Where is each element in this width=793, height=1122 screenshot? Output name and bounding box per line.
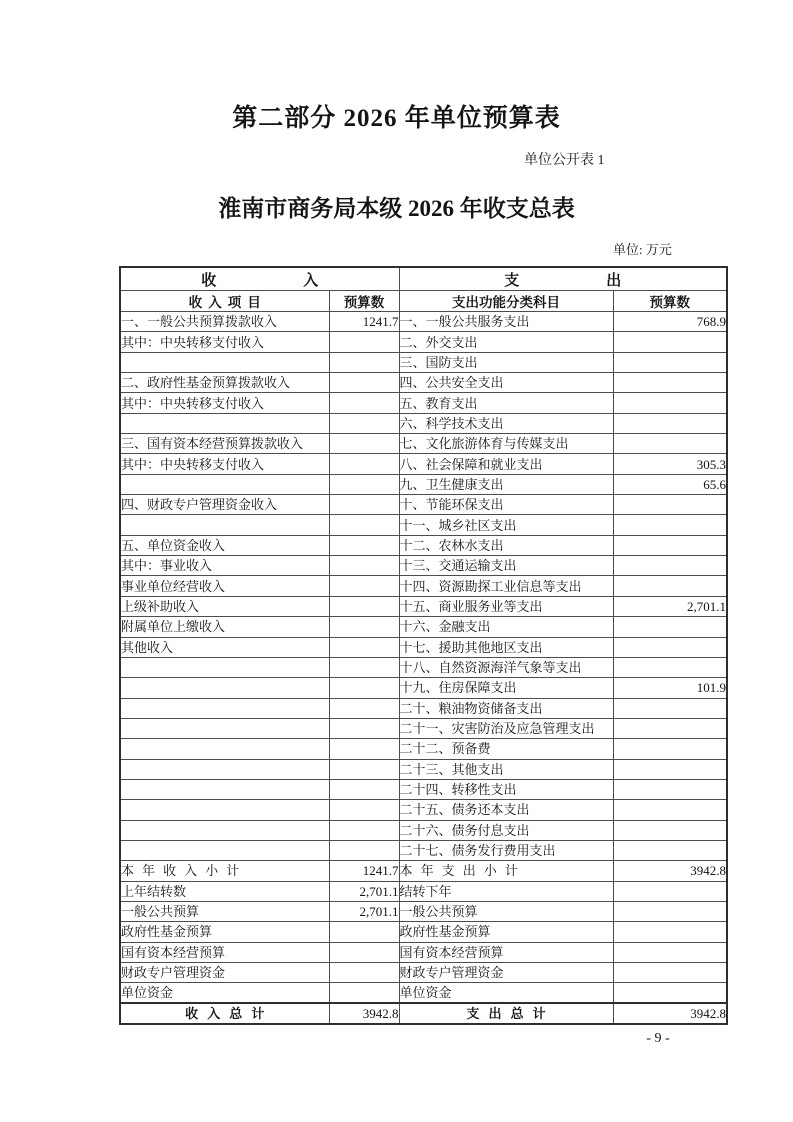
table-row: 十一、城乡社区支出: [120, 515, 727, 535]
income-item-cell: [120, 678, 329, 698]
table-row: 六、科学技术支出: [120, 413, 727, 433]
income-budget-cell: [329, 535, 399, 555]
income-item-cell: [120, 759, 329, 779]
income-budget-column-label: 预算数: [344, 295, 385, 310]
table-row: 三、国防支出: [120, 352, 727, 372]
expense-item-column-header: 支出功能分类科目: [399, 291, 613, 312]
expense-item-cell: 十四、资源勘探工业信息等支出: [399, 576, 613, 596]
income-budget-cell: [329, 840, 399, 860]
expense-budget-cell: 768.9: [613, 312, 727, 332]
expense-item-cell: 二、外交支出: [399, 332, 613, 352]
expense-item-cell: 支出总计: [399, 1003, 613, 1024]
income-budget-cell: [329, 739, 399, 759]
income-item-cell: 其他收入: [120, 637, 329, 657]
table-row: 二十二、预备费: [120, 739, 727, 759]
table-row: 其中：中央转移支付收入五、教育支出: [120, 393, 727, 413]
table-row: 九、卫生健康支出65.6: [120, 474, 727, 494]
income-item-cell: [120, 352, 329, 372]
income-budget-cell: [329, 657, 399, 677]
income-budget-cell: 1241.7: [329, 861, 399, 881]
table-row: 二十五、债务还本支出: [120, 800, 727, 820]
income-item-cell: 其中：中央转移支付收入: [120, 332, 329, 352]
income-item-cell: [120, 779, 329, 799]
expense-budget-cell: [613, 637, 727, 657]
expense-item-cell: 十三、交通运输支出: [399, 556, 613, 576]
income-budget-cell: [329, 718, 399, 738]
table-row: 其中：中央转移支付收入八、社会保障和就业支出305.3: [120, 454, 727, 474]
expense-budget-cell: [613, 779, 727, 799]
income-item-cell: [120, 657, 329, 677]
expense-item-cell: 二十二、预备费: [399, 739, 613, 759]
table-row: 二十四、转移性支出: [120, 779, 727, 799]
expense-budget-cell: [613, 373, 727, 393]
expense-item-cell: 十、节能环保支出: [399, 495, 613, 515]
expense-item-cell: 二十、粮油物资储备支出: [399, 698, 613, 718]
expense-budget-cell: 101.9: [613, 678, 727, 698]
expense-item-cell: 十六、金融支出: [399, 617, 613, 637]
expense-item-cell: 十八、自然资源海洋气象等支出: [399, 657, 613, 677]
column-header-row: 收入项目 预算数 支出功能分类科目 预算数: [120, 291, 727, 312]
expense-item-cell: 六、科学技术支出: [399, 413, 613, 433]
expense-item-cell: 十九、住房保障支出: [399, 678, 613, 698]
income-item-cell: [120, 840, 329, 860]
table-row: 附属单位上缴收入十六、金融支出: [120, 617, 727, 637]
expense-item-cell: 单位资金: [399, 983, 613, 1004]
income-budget-cell: 2,701.1: [329, 881, 399, 901]
income-budget-cell: [329, 515, 399, 535]
table-row: 一、一般公共预算拨款收入1241.7一、一般公共服务支出768.9: [120, 312, 727, 332]
expense-item-cell: 二十七、债务发行费用支出: [399, 840, 613, 860]
income-budget-cell: [329, 413, 399, 433]
expense-budget-cell: [613, 881, 727, 901]
expense-item-cell: 本年支出小计: [399, 861, 613, 881]
expense-budget-cell: [613, 657, 727, 677]
table-row: 十八、自然资源海洋气象等支出: [120, 657, 727, 677]
expense-budget-cell: [613, 759, 727, 779]
income-budget-column-header: 预算数: [329, 291, 399, 312]
expense-item-cell: 财政专户管理资金: [399, 963, 613, 983]
expense-budget-cell: [613, 515, 727, 535]
expense-budget-cell: [613, 922, 727, 942]
income-budget-cell: [329, 434, 399, 454]
income-item-cell: 一般公共预算: [120, 901, 329, 921]
income-budget-cell: [329, 576, 399, 596]
table-row: 单位资金单位资金: [120, 983, 727, 1004]
expense-item-cell: 九、卫生健康支出: [399, 474, 613, 494]
income-item-cell: 事业单位经营收入: [120, 576, 329, 596]
income-section-header: 收入: [120, 267, 399, 291]
income-budget-cell: [329, 963, 399, 983]
table-row: 政府性基金预算政府性基金预算: [120, 922, 727, 942]
expense-item-cell: 二十一、灾害防治及应急管理支出: [399, 718, 613, 738]
table-title: 淮南市商务局本级 2026 年收支总表: [0, 190, 793, 223]
expense-item-cell: 国有资本经营预算: [399, 942, 613, 962]
income-budget-cell: [329, 759, 399, 779]
table-row: 其中：事业收入十三、交通运输支出: [120, 556, 727, 576]
expense-budget-cell: [613, 495, 727, 515]
expense-budget-cell: [613, 352, 727, 372]
part-title: 第二部分 2026 年单位预算表: [0, 98, 793, 134]
expense-item-cell: 政府性基金预算: [399, 922, 613, 942]
page-number: - 9 -: [598, 1031, 718, 1047]
income-item-cell: 四、财政专户管理资金收入: [120, 495, 329, 515]
expense-item-cell: 二十六、债务付息支出: [399, 820, 613, 840]
income-item-cell: 其中：中央转移支付收入: [120, 454, 329, 474]
income-item-cell: 三、国有资本经营预算拨款收入: [120, 434, 329, 454]
income-item-cell: 附属单位上缴收入: [120, 617, 329, 637]
income-item-cell: [120, 718, 329, 738]
income-item-cell: [120, 474, 329, 494]
income-item-cell: 单位资金: [120, 983, 329, 1004]
income-budget-cell: [329, 454, 399, 474]
income-item-cell: 国有资本经营预算: [120, 942, 329, 962]
expense-budget-cell: [613, 556, 727, 576]
income-budget-cell: [329, 637, 399, 657]
document-page: 第二部分 2026 年单位预算表 单位公开表 1 淮南市商务局本级 2026 年…: [0, 0, 793, 1122]
expense-item-cell: 二十三、其他支出: [399, 759, 613, 779]
expense-budget-cell: [613, 434, 727, 454]
expense-budget-cell: 305.3: [613, 454, 727, 474]
expense-budget-cell: [613, 739, 727, 759]
income-item-cell: 政府性基金预算: [120, 922, 329, 942]
income-item-cell: 上级补助收入: [120, 596, 329, 616]
expense-budget-cell: 3942.8: [613, 861, 727, 881]
unit-note: 单位: 万元: [613, 239, 672, 258]
expense-item-cell: 二十五、债务还本支出: [399, 800, 613, 820]
expense-section-title: 支出: [504, 272, 708, 289]
table-row: 四、财政专户管理资金收入十、节能环保支出: [120, 495, 727, 515]
expense-budget-cell: [613, 963, 727, 983]
expense-section-header: 支出: [399, 267, 727, 291]
expense-item-column-label: 支出功能分类科目: [452, 295, 560, 310]
expense-budget-cell: [613, 901, 727, 921]
expense-budget-cell: [613, 983, 727, 1004]
income-budget-cell: 2,701.1: [329, 901, 399, 921]
table-row: 二十七、债务发行费用支出: [120, 840, 727, 860]
expense-item-cell: 二十四、转移性支出: [399, 779, 613, 799]
expense-budget-cell: [613, 840, 727, 860]
income-budget-cell: [329, 617, 399, 637]
income-budget-cell: [329, 393, 399, 413]
income-budget-cell: [329, 495, 399, 515]
expense-budget-cell: 65.6: [613, 474, 727, 494]
expense-budget-cell: [613, 942, 727, 962]
table-row: 二十三、其他支出: [120, 759, 727, 779]
expense-budget-column-header: 预算数: [613, 291, 727, 312]
income-item-cell: 上年结转数: [120, 881, 329, 901]
income-budget-cell: [329, 332, 399, 352]
income-budget-cell: 3942.8: [329, 1003, 399, 1024]
income-item-cell: [120, 413, 329, 433]
expense-budget-cell: [613, 332, 727, 352]
table-row: 二十一、灾害防治及应急管理支出: [120, 718, 727, 738]
income-budget-cell: 1241.7: [329, 312, 399, 332]
table-label: 单位公开表 1: [524, 149, 605, 169]
income-item-cell: [120, 698, 329, 718]
income-budget-cell: [329, 373, 399, 393]
income-budget-cell: [329, 698, 399, 718]
income-budget-cell: [329, 942, 399, 962]
expense-budget-cell: [613, 718, 727, 738]
income-item-cell: 二、政府性基金预算拨款收入: [120, 373, 329, 393]
expense-budget-cell: [613, 393, 727, 413]
table-row: 上级补助收入十五、商业服务业等支出2,701.1: [120, 596, 727, 616]
expense-budget-column-label: 预算数: [650, 295, 691, 310]
expense-item-cell: 十二、农林水支出: [399, 535, 613, 555]
income-item-column-label: 收入项目: [189, 295, 267, 310]
expense-budget-cell: [613, 576, 727, 596]
table-row: 事业单位经营收入十四、资源勘探工业信息等支出: [120, 576, 727, 596]
table-row: 上年结转数2,701.1结转下年: [120, 881, 727, 901]
table-row: 国有资本经营预算国有资本经营预算: [120, 942, 727, 962]
income-item-cell: [120, 820, 329, 840]
income-budget-cell: [329, 678, 399, 698]
expense-budget-cell: [613, 413, 727, 433]
income-budget-cell: [329, 352, 399, 372]
income-budget-cell: [329, 800, 399, 820]
table-row: 三、国有资本经营预算拨款收入七、文化旅游体育与传媒支出: [120, 434, 727, 454]
income-item-cell: [120, 739, 329, 759]
income-item-cell: 其中：中央转移支付收入: [120, 393, 329, 413]
income-item-cell: [120, 515, 329, 535]
expense-budget-cell: 2,701.1: [613, 596, 727, 616]
table-row: 五、单位资金收入十二、农林水支出: [120, 535, 727, 555]
expense-item-cell: 十七、援助其他地区支出: [399, 637, 613, 657]
expense-budget-cell: [613, 698, 727, 718]
income-budget-cell: [329, 983, 399, 1004]
income-item-cell: 一、一般公共预算拨款收入: [120, 312, 329, 332]
income-item-cell: 财政专户管理资金: [120, 963, 329, 983]
section-header-row: 收入 支出: [120, 267, 727, 291]
income-budget-cell: [329, 596, 399, 616]
income-item-column-header: 收入项目: [120, 291, 329, 312]
income-budget-cell: [329, 474, 399, 494]
income-item-cell: 五、单位资金收入: [120, 535, 329, 555]
expense-item-cell: 十五、商业服务业等支出: [399, 596, 613, 616]
table-row: 十九、住房保障支出101.9: [120, 678, 727, 698]
expense-item-cell: 七、文化旅游体育与传媒支出: [399, 434, 613, 454]
table-row: 二十六、债务付息支出: [120, 820, 727, 840]
table-row: 收入总计3942.8支出总计3942.8: [120, 1003, 727, 1024]
income-item-cell: 本年收入小计: [120, 861, 329, 881]
table-row: 本年收入小计1241.7本年支出小计3942.8: [120, 861, 727, 881]
table-row: 一般公共预算2,701.1一般公共预算: [120, 901, 727, 921]
expense-budget-cell: [613, 800, 727, 820]
income-budget-cell: [329, 556, 399, 576]
expense-budget-cell: [613, 820, 727, 840]
table-row: 二十、粮油物资储备支出: [120, 698, 727, 718]
expense-item-cell: 一般公共预算: [399, 901, 613, 921]
budget-table: 收入 支出 收入项目 预算数 支出功能分类科目 预算数: [119, 266, 728, 1025]
income-section-title: 收入: [201, 272, 399, 289]
income-item-cell: 其中：事业收入: [120, 556, 329, 576]
income-item-cell: [120, 800, 329, 820]
expense-budget-cell: 3942.8: [613, 1003, 727, 1024]
table-row: 财政专户管理资金财政专户管理资金: [120, 963, 727, 983]
table-row: 其他收入十七、援助其他地区支出: [120, 637, 727, 657]
income-item-cell: 收入总计: [120, 1003, 329, 1024]
table-row: 二、政府性基金预算拨款收入四、公共安全支出: [120, 373, 727, 393]
income-budget-cell: [329, 922, 399, 942]
expense-item-cell: 结转下年: [399, 881, 613, 901]
expense-budget-cell: [613, 535, 727, 555]
expense-item-cell: 一、一般公共服务支出: [399, 312, 613, 332]
expense-item-cell: 十一、城乡社区支出: [399, 515, 613, 535]
expense-item-cell: 八、社会保障和就业支出: [399, 454, 613, 474]
expense-item-cell: 五、教育支出: [399, 393, 613, 413]
income-budget-cell: [329, 779, 399, 799]
income-budget-cell: [329, 820, 399, 840]
expense-budget-cell: [613, 617, 727, 637]
table-row: 其中：中央转移支付收入二、外交支出: [120, 332, 727, 352]
expense-item-cell: 四、公共安全支出: [399, 373, 613, 393]
expense-item-cell: 三、国防支出: [399, 352, 613, 372]
